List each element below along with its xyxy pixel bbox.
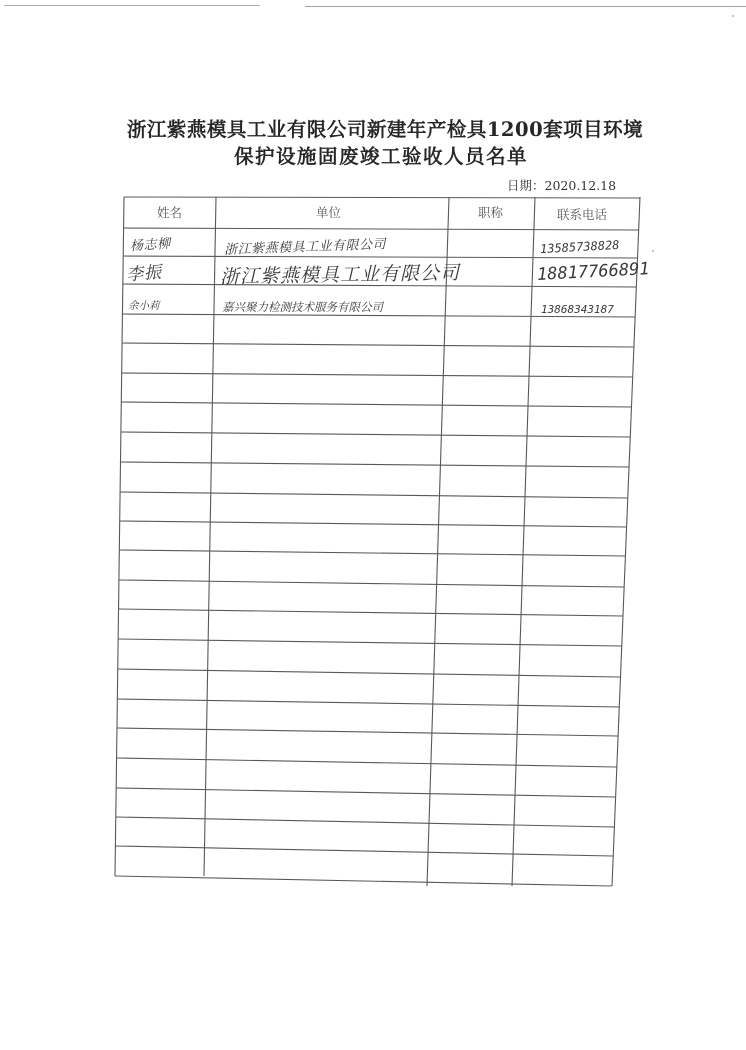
grid-line <box>118 639 621 646</box>
cell-unit: 嘉兴聚力检测技术服务有限公司 <box>222 299 383 315</box>
grid-line <box>119 609 623 616</box>
column-header-phone: 联系电话 <box>557 205 607 223</box>
grid-line <box>117 728 618 736</box>
grid-line <box>122 373 633 377</box>
grid-line <box>115 876 612 886</box>
grid-line <box>204 197 216 876</box>
grid-line <box>115 197 124 876</box>
column-header-name: 姓名 <box>157 203 182 221</box>
grid-line <box>120 492 627 498</box>
cell-name: 李振 <box>125 257 163 285</box>
grid-line <box>124 228 639 230</box>
grid-line <box>116 817 614 827</box>
grid-line <box>512 197 535 886</box>
grid-line <box>122 343 634 347</box>
grid-line <box>116 788 615 797</box>
attendee-table-grid <box>0 0 746 1050</box>
column-header-title: 职称 <box>478 203 503 221</box>
cell-name: 杨志柳 <box>129 233 171 255</box>
cell-phone: 13868343187 <box>541 303 614 316</box>
grid-line <box>121 432 630 437</box>
grid-line <box>117 699 619 707</box>
grid-line <box>118 669 620 677</box>
grid-line <box>612 197 640 886</box>
cell-name: 余小莉 <box>128 298 160 313</box>
cell-unit: 浙江紫燕模具工业有限公司 <box>220 258 460 289</box>
column-header-unit: 单位 <box>316 203 341 221</box>
grid-line <box>427 197 449 886</box>
grid-line <box>120 521 627 527</box>
grid-line <box>117 758 617 767</box>
grid-line <box>120 462 628 467</box>
grid-line <box>119 550 625 556</box>
grid-line <box>115 846 612 856</box>
grid-line <box>121 402 631 407</box>
grid-line <box>124 197 640 198</box>
grid-line <box>123 256 637 258</box>
grid-line <box>119 580 624 587</box>
